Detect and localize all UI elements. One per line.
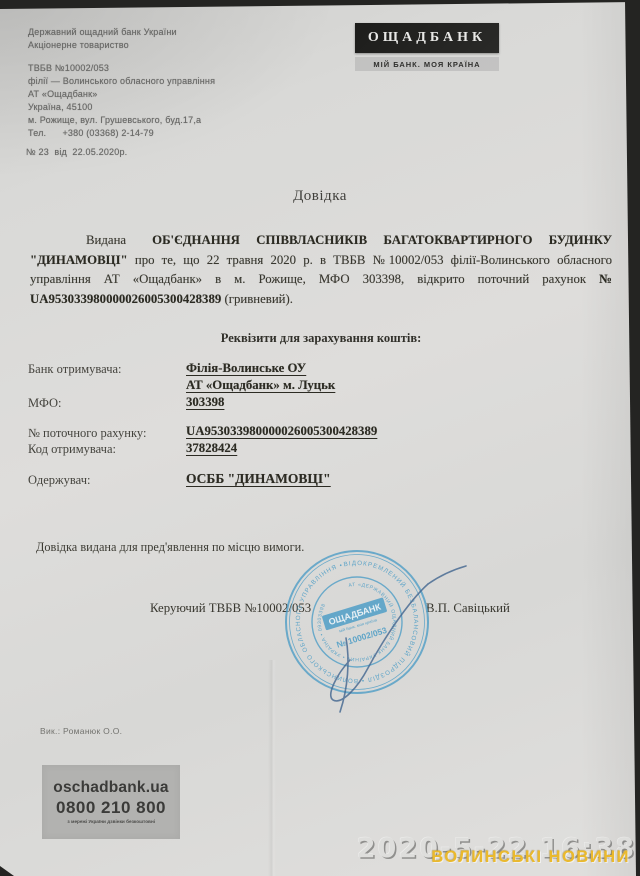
label-account-number: № поточного рахунку: xyxy=(28,426,146,441)
value-receiver-bank-line2: АТ «Ощадбанк» м. Луцьк xyxy=(186,378,335,393)
value-recipient: ОСББ "ДИНАМОВЦІ" xyxy=(186,471,331,487)
site-url: oschadbank.ua xyxy=(53,779,168,797)
label-receiver-bank: Банк отримувача: xyxy=(28,362,122,377)
org-line: Державний ощадний банк України xyxy=(28,27,177,37)
requisites-heading: Реквізити для зарахування коштів: xyxy=(30,331,612,346)
logo-tagline-text: МІЙ БАНК. МОЯ КРАЇНА xyxy=(373,60,480,69)
value-receiver-code: 37828424 xyxy=(186,441,237,456)
value-receiver-bank-line1: Філія-Волинське ОУ xyxy=(186,361,306,376)
hotline-number: 0800 210 800 xyxy=(56,798,166,818)
letterhead-branch-block: ТВБВ №10002/053 філії — Волинського обла… xyxy=(28,62,215,140)
branch-line: АТ «Ощадбанк» xyxy=(28,89,97,99)
news-watermark: ВОЛИНСЬКІ НОВИНИ xyxy=(431,848,630,867)
branch-line: філії — Волинського обласного управління xyxy=(28,76,215,86)
branch-line: м. Рожище, вул. Грушевського, буд.17,а xyxy=(28,115,201,125)
label-mfo: МФО: xyxy=(28,396,61,411)
value-mfo: 303398 xyxy=(186,395,224,410)
branch-line: Тел. +380 (03368) 2-14-79 xyxy=(28,128,154,138)
executor-note: Вик.: Романюк О.О. xyxy=(40,726,122,736)
paper-crease xyxy=(268,660,276,876)
logo-tagline: МІЙ БАНК. МОЯ КРАЇНА xyxy=(355,57,499,71)
scanned-document-photo: Державний ощадний банк України Акціонерн… xyxy=(0,0,640,876)
footer-contact-box: oschadbank.ua 0800 210 800 з мережі Укра… xyxy=(42,765,180,839)
label-receiver-code: Код отримувача: xyxy=(28,442,116,457)
value-account-number: UA953033980000026005300428389 xyxy=(186,424,377,439)
label-recipient: Одержувач: xyxy=(28,473,90,488)
document-body-paragraph: ВиданаОБ'ЄДНАННЯ СПІВВЛАСНИКІВ БАГАТОКВА… xyxy=(30,231,612,309)
hotline-note: з мережі України дзвінки безкоштовні xyxy=(67,820,155,825)
org-line: Акціонерне товариство xyxy=(28,40,129,50)
paragraph-tail: (гривневий). xyxy=(224,292,293,306)
oschadbank-logo-text: ОЩАДБАНК xyxy=(368,30,486,46)
oschadbank-logo: ОЩАДБАНК xyxy=(355,23,499,53)
paragraph-intro: Видана xyxy=(86,233,126,247)
branch-line: Україна, 45100 xyxy=(28,102,93,112)
branch-line: ТВБВ №10002/053 xyxy=(28,63,109,73)
document-title: Довідка xyxy=(0,188,640,205)
document-ref-number: № 23 від 22.05.2020р. xyxy=(26,146,127,159)
handwritten-signature xyxy=(280,540,530,725)
letterhead-org-block: Державний ощадний банк України Акціонерн… xyxy=(28,26,177,52)
issued-note: Довідка видана для пред'явлення по місцю… xyxy=(36,540,304,555)
